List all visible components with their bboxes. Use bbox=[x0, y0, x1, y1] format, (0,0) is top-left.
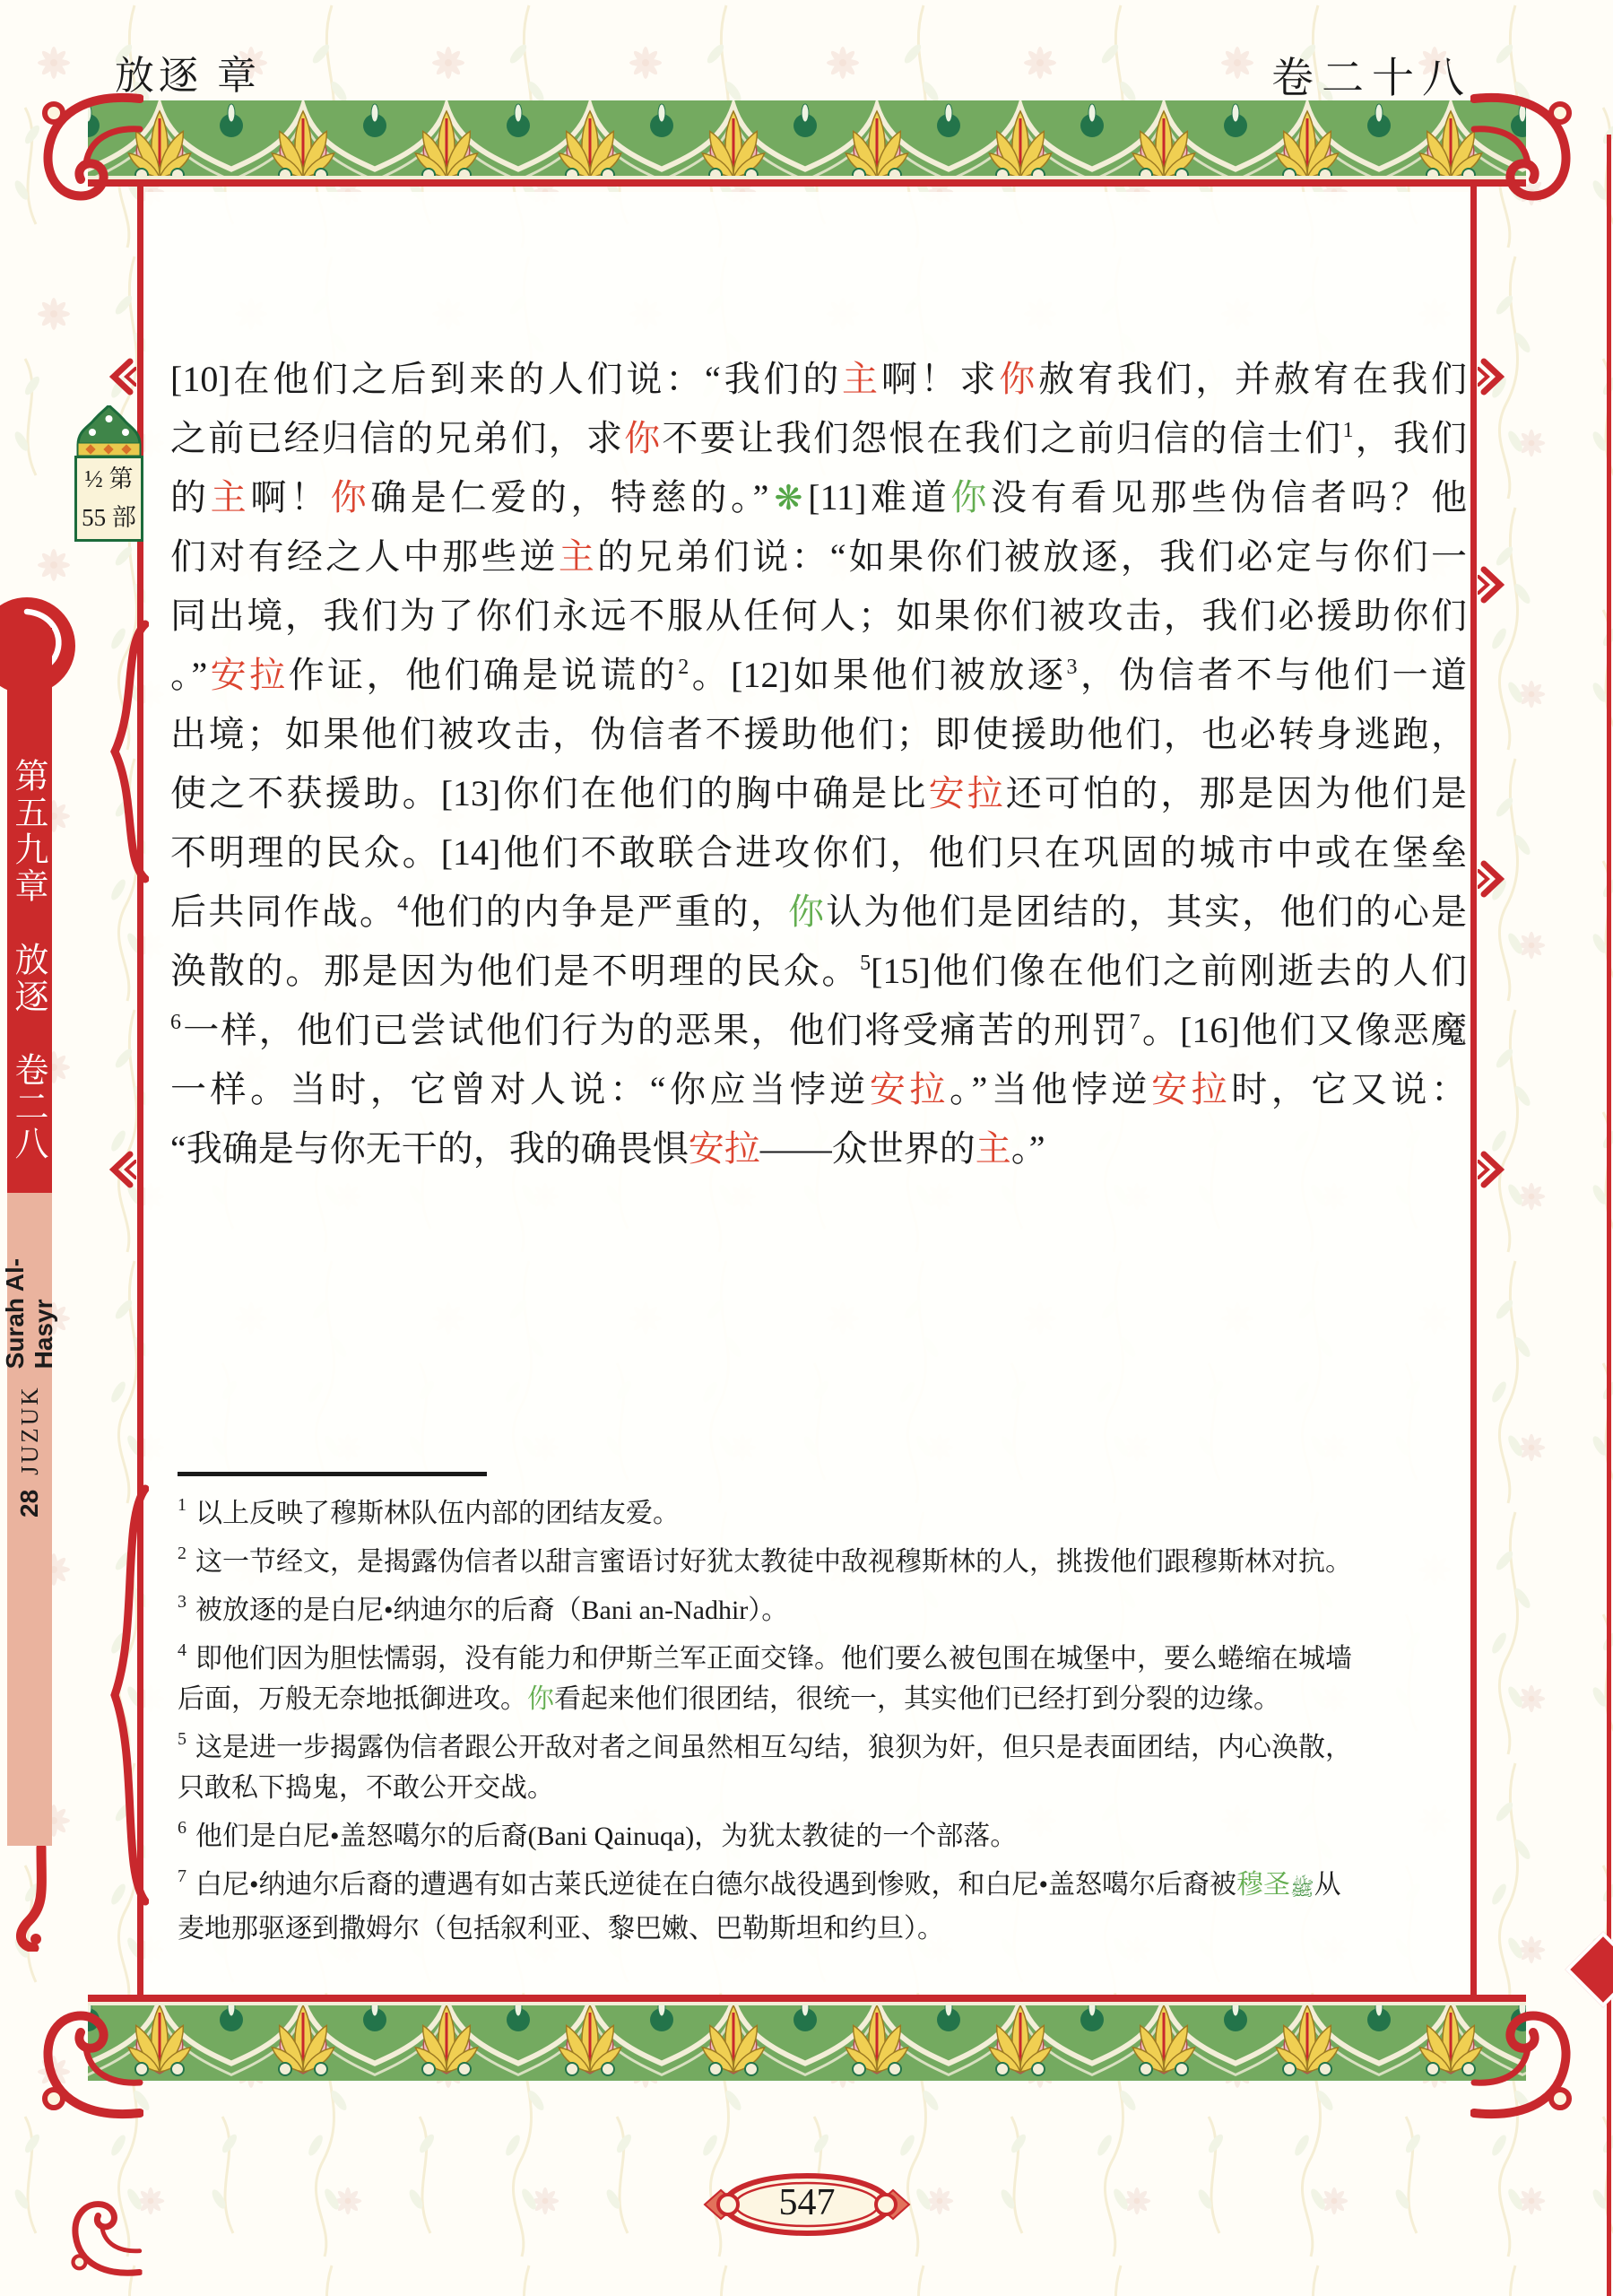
right-chevron-ornament-icon bbox=[1478, 357, 1505, 396]
bottom-ornament-band bbox=[88, 1995, 1526, 2081]
juz-badge-line2: 55 部 bbox=[77, 499, 141, 537]
divine-name-highlight: 主 bbox=[211, 477, 251, 517]
spine-tail-scroll-icon bbox=[5, 1846, 56, 1952]
juz-badge: ½ 第 55 部 bbox=[74, 456, 143, 542]
frame-right-border bbox=[1470, 183, 1477, 2000]
verse-text-line: 涣散的。那是因为他们是不明理的民众。5[15]他们像在他们之前刚逝去的人们 bbox=[170, 942, 1467, 1001]
corner-flourish-icon bbox=[61, 2191, 143, 2285]
footnote-marker: 2 bbox=[678, 656, 689, 679]
text-run: 白尼•纳迪尔后裔的遭遇有如古莱氏逆徒在白德尔战役遇到惨败，和白尼•盖怒噶尔后裔被 bbox=[195, 1870, 1236, 1900]
text-run: 。”当他悖逆 bbox=[950, 1069, 1151, 1109]
text-run: 作证，他们确是说谎的 bbox=[289, 655, 679, 695]
text-run: 啊！ bbox=[250, 477, 330, 517]
text-run: 这一节经文，是揭露伪信者以甜言蜜语讨好犹太教徒中敌视穆斯林的人，挑拨他们跟穆斯林… bbox=[195, 1547, 1352, 1577]
verse-text-line: “我确是与你无干的，我的确畏惧安拉——众世界的主。” bbox=[170, 1119, 1467, 1178]
text-run: 。[16]他们又像恶魔 bbox=[1140, 1010, 1467, 1050]
text-run: 后共同作战。 bbox=[170, 891, 397, 932]
verse-text-line: 之前已经归信的兄弟们，求你不要让我们怨恨在我们之前归信的信士们1，我们 bbox=[170, 409, 1467, 468]
footnote-number: 1 bbox=[178, 1495, 186, 1515]
verse-text-line: 6一样，他们已尝试他们行为的恶果，他们将受痛苦的刑罚7。[16]他们又像恶魔 bbox=[170, 1001, 1467, 1060]
spine-juz-label: 28 JUZUK Surah Al-Hasyr bbox=[7, 1231, 52, 1518]
verse-text-line: 。”安拉作证，他们确是说谎的2。[12]如果他们被放逐3，伪信者不与他们一道 bbox=[170, 646, 1467, 705]
divine-name-highlight: 你 bbox=[999, 359, 1038, 399]
text-run: 一样。当时，它曾对人说：“你应当悖逆 bbox=[170, 1069, 870, 1109]
text-run: 被放逐的是白尼•纳迪尔的后裔（Bani an-Nadhir）。 bbox=[195, 1596, 788, 1625]
left-brace-ornament-icon bbox=[108, 617, 149, 886]
footnote: 4即他们因为胆怯懦弱，没有能力和伊斯兰军正面交锋。他们要么被包围在城堡中，要么蜷… bbox=[178, 1631, 1352, 1719]
footnote: 1以上反映了穆斯林队伍内部的团结友爱。 bbox=[178, 1485, 1352, 1534]
verse-text-line: 同出境，我们为了你们永远不服从任何人；如果你们被攻击，我们必援助你们 bbox=[170, 587, 1467, 646]
text-run: 出境；如果他们被攻击，伪信者不援助他们；即使援助他们，也必转身逃跑， bbox=[170, 714, 1467, 754]
corner-scroll-top-left-icon bbox=[27, 81, 143, 215]
corner-scroll-top-right-icon bbox=[1470, 81, 1587, 215]
text-run: 以上反映了穆斯林队伍内部的团结友爱。 bbox=[195, 1499, 680, 1528]
corner-scroll-bottom-right-icon bbox=[1470, 1996, 1587, 2131]
top-ornament-band bbox=[88, 100, 1526, 187]
text-run: [15]他们像在他们之前刚逝去的人们 bbox=[871, 951, 1467, 991]
footnote: 3被放逐的是白尼•纳迪尔的后裔（Bani an-Nadhir）。 bbox=[178, 1582, 1352, 1631]
volume-header: 卷二十八 bbox=[1271, 45, 1472, 105]
prophet-reference-highlight: 你 bbox=[788, 891, 826, 932]
text-run: 认为他们是团结的，其实，他们的心是 bbox=[826, 891, 1467, 932]
divine-name-highlight: 安拉 bbox=[929, 773, 1006, 813]
text-run: 的 bbox=[170, 477, 211, 517]
text-run: 们对有经之人中那些逆 bbox=[170, 536, 559, 577]
footnote-number: 3 bbox=[178, 1592, 186, 1612]
divine-name-highlight: 主 bbox=[842, 359, 881, 399]
text-run: 同出境，我们为了你们永远不服从任何人；如果你们被攻击，我们必援助你们 bbox=[170, 596, 1467, 636]
text-run: ——众世界的 bbox=[760, 1128, 976, 1169]
corner-scroll-bottom-left-icon bbox=[27, 1996, 143, 2131]
text-run: 确是仁爱的，特慈的。” bbox=[370, 477, 768, 517]
text-run: 一样，他们已尝试他们行为的恶果，他们将受痛苦的刑罚 bbox=[181, 1010, 1130, 1050]
verse-text-line: [10]在他们之后到来的人们说：“我们的主啊！求你赦宥我们，并赦宥在我们 bbox=[170, 350, 1467, 409]
right-chevron-ornament-icon bbox=[1478, 859, 1505, 899]
text-run: [10]在他们之后到来的人们说：“我们的 bbox=[170, 359, 842, 399]
text-run: 他们是白尼•盖怒噶尔的后裔(Bani Qainuqa)，为犹太教徒的一个部落。 bbox=[195, 1822, 1017, 1851]
footnote-separator bbox=[178, 1472, 487, 1476]
spine-juzuk-text: JUZUK bbox=[16, 1385, 44, 1475]
footnote-number: 5 bbox=[178, 1729, 186, 1749]
text-run: 。” bbox=[170, 655, 207, 695]
spine-juz-number: 28 bbox=[15, 1490, 44, 1518]
verse-text-line: 不明理的民众。[14]他们不敢联合进攻你们，他们只在巩固的城市中或在堡垒 bbox=[170, 823, 1467, 883]
footnote-number: 7 bbox=[178, 1866, 186, 1886]
right-chevron-ornament-icon bbox=[1478, 565, 1505, 604]
divine-name-highlight: 安拉 bbox=[689, 1128, 760, 1169]
surah-title-header: 放逐 章 bbox=[115, 43, 261, 100]
verse-text-line: 一样。当时，它曾对人说：“你应当悖逆安拉。”当他悖逆安拉时，它又说： bbox=[170, 1060, 1467, 1119]
text-run: 涣散的。那是因为他们是不明理的民众。 bbox=[170, 951, 860, 991]
left-brace-ornament-icon bbox=[108, 1480, 149, 1910]
text-run: 之前已经归信的兄弟们，求 bbox=[170, 418, 624, 458]
right-chevron-ornament-icon bbox=[1478, 1150, 1505, 1189]
text-run: 不要让我们怨恨在我们之前归信的信士们 bbox=[662, 418, 1342, 458]
text-run: 这是进一步揭露伪信者跟公开敌对者之间虽然相互勾结，狼狈为奸，但只是表面团结，内心… bbox=[178, 1733, 1352, 1803]
footnote-marker: 3 bbox=[1066, 656, 1077, 679]
footnote-marker: 4 bbox=[397, 892, 408, 916]
text-run: 的兄弟们说：“如果你们被放逐，我们必定与你们一 bbox=[597, 536, 1467, 577]
divine-name-highlight: 主 bbox=[976, 1128, 1011, 1169]
text-run: [11]难道 bbox=[808, 477, 950, 517]
left-chevron-ornament-icon bbox=[109, 1150, 136, 1189]
footnote-marker: 5 bbox=[860, 952, 871, 975]
verse-text-line: 们对有经之人中那些逆主的兄弟们说：“如果你们被放逐，我们必定与你们一 bbox=[170, 527, 1467, 587]
footnotes: 1以上反映了穆斯林队伍内部的团结友爱。2这一节经文，是揭露伪信者以甜言蜜语讨好犹… bbox=[178, 1485, 1352, 1949]
footnote-marker: 1 bbox=[1343, 419, 1354, 442]
divine-name-highlight: 你 bbox=[624, 418, 662, 458]
prophet-reference-highlight: 你 bbox=[527, 1684, 554, 1714]
divine-name-highlight: 安拉 bbox=[207, 655, 288, 695]
juz-badge-dome-icon bbox=[74, 405, 143, 457]
footnote-number: 2 bbox=[178, 1544, 186, 1563]
text-run: 他们的内争是严重的， bbox=[408, 891, 788, 932]
text-run: 还可怕的，那是因为他们是 bbox=[1006, 773, 1467, 813]
verse-text-line: 使之不获援助。[13]你们在他们的胸中确是比安拉还可怕的，那是因为他们是 bbox=[170, 764, 1467, 823]
divine-name-highlight: 安拉 bbox=[870, 1069, 950, 1109]
footnote-number: 4 bbox=[178, 1640, 186, 1660]
honorific-icon: ﷺ bbox=[1290, 1877, 1314, 1900]
text-run: 啊！求 bbox=[881, 359, 999, 399]
text-run: 使之不获援助。[13]你们在他们的胸中确是比 bbox=[170, 773, 929, 813]
text-run: 。” bbox=[1011, 1128, 1045, 1169]
footnote: 7白尼•纳迪尔后裔的遭遇有如古莱氏逆徒在白德尔战役遇到惨败，和白尼•盖怒噶尔后裔… bbox=[178, 1857, 1352, 1949]
text-run: 不明理的民众。[14]他们不敢联合进攻你们，他们只在巩固的城市中或在堡垒 bbox=[170, 832, 1467, 873]
divine-name-highlight: 你 bbox=[331, 477, 371, 517]
text-run: ，我们 bbox=[1354, 418, 1468, 458]
footnote-marker: 7 bbox=[1130, 1011, 1140, 1034]
prophet-reference-highlight: 穆圣 bbox=[1236, 1870, 1290, 1900]
footnote-number: 6 bbox=[178, 1818, 186, 1838]
text-run: “我确是与你无干的，我的确畏惧 bbox=[170, 1128, 689, 1169]
footnote: 6他们是白尼•盖怒噶尔的后裔(Bani Qainuqa)，为犹太教徒的一个部落。 bbox=[178, 1808, 1352, 1857]
text-run: 没有看见那些伪信者吗？他 bbox=[991, 477, 1467, 517]
footnote: 2这一节经文，是揭露伪信者以甜言蜜语讨好犹太教徒中敌视穆斯林的人，挑拨他们跟穆斯… bbox=[178, 1534, 1352, 1582]
text-run: 看起来他们很团结，很统一，其实他们已经打到分裂的边缘。 bbox=[554, 1684, 1280, 1714]
footnote-marker: 6 bbox=[170, 1011, 181, 1034]
verse-divider-icon: ❋ bbox=[768, 480, 808, 517]
left-chevron-ornament-icon bbox=[109, 357, 136, 396]
verse-text-line: 出境；如果他们被攻击，伪信者不援助他们；即使援助他们，也必转身逃跑， bbox=[170, 705, 1467, 764]
spine-surah-name: Surah Al-Hasyr bbox=[1, 1231, 58, 1369]
verse-text-block: [10]在他们之后到来的人们说：“我们的主啊！求你赦宥我们，并赦宥在我们之前已经… bbox=[170, 350, 1467, 1178]
page-number: 547 bbox=[698, 2181, 916, 2224]
verse-text-line: 后共同作战。4他们的内争是严重的，你认为他们是团结的，其实，他们的心是 bbox=[170, 883, 1467, 942]
divine-name-highlight: 安拉 bbox=[1151, 1069, 1231, 1109]
footnote: 5这是进一步揭露伪信者跟公开敌对者之间虽然相互勾结，狼狈为奸，但只是表面团结，内… bbox=[178, 1719, 1352, 1808]
juz-badge-line1: ½ 第 bbox=[77, 460, 141, 499]
book-page: 放逐 章 卷二十八 ½ 第 55 部 bbox=[0, 0, 1613, 2296]
prophet-reference-highlight: 你 bbox=[950, 477, 991, 517]
text-run: 。[12]如果他们被放逐 bbox=[689, 655, 1066, 695]
spine-chapter-label: 第五九章 放逐 卷二八 bbox=[8, 758, 53, 1206]
text-run: 赦宥我们，并赦宥在我们 bbox=[1038, 359, 1467, 399]
text-run: ，伪信者不与他们一道 bbox=[1077, 655, 1467, 695]
verse-text-line: 的主啊！你确是仁爱的，特慈的。”❋[11]难道你没有看见那些伪信者吗？他 bbox=[170, 468, 1467, 527]
text-run: 时，它又说： bbox=[1231, 1069, 1467, 1109]
divine-name-highlight: 主 bbox=[559, 536, 597, 577]
